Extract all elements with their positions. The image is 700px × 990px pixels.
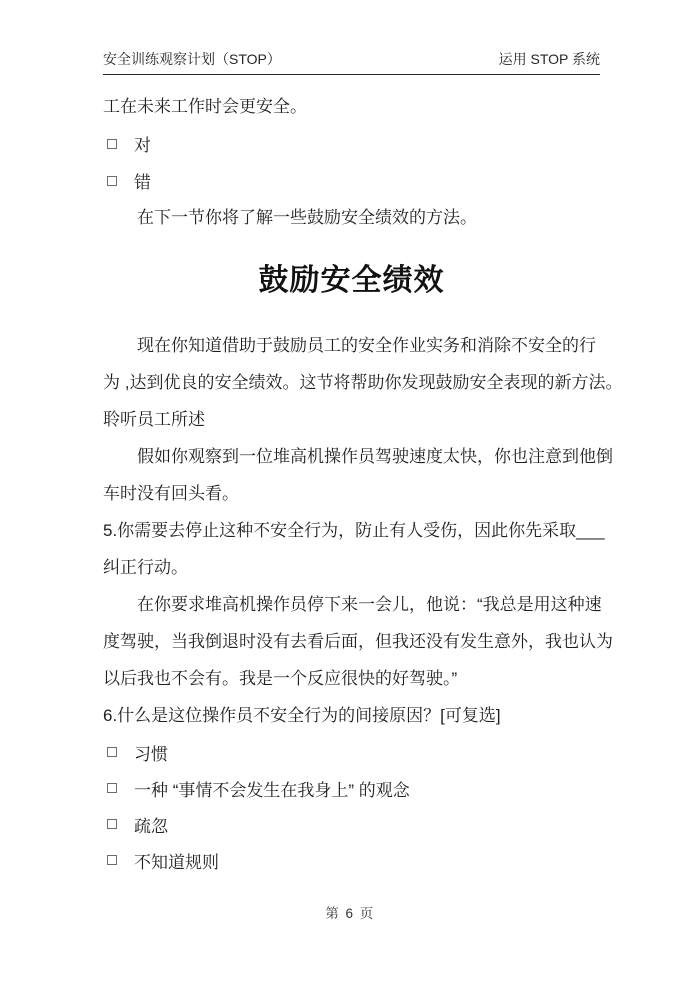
checkbox-option-false[interactable]: 错: [103, 162, 600, 199]
checkbox-icon[interactable]: [107, 139, 117, 149]
doc-line: 车时没有回头看。: [103, 475, 600, 512]
page-header: 安全训练观察计划（STOP） 运用 STOP 系统: [103, 0, 600, 75]
checkbox-icon[interactable]: [107, 855, 117, 865]
checkbox-option-true[interactable]: 对: [103, 125, 600, 162]
question-5-text: 5.你需要去停止这种不安全行为，防止有人受伤，因此你先采取___: [103, 512, 600, 549]
transition-note: 在下一节你将了解一些鼓励安全绩效的方法。: [103, 199, 600, 236]
option-label: 一种 “事情不会发生在我身上” 的观念: [134, 776, 410, 801]
option-label: 错: [134, 168, 151, 193]
doc-line: 以后我也不会有。我是一个反应很快的好驾驶。”: [103, 660, 600, 697]
header-left-title: 安全训练观察计划（STOP）: [103, 51, 281, 67]
option-label: 疏忽: [134, 812, 168, 837]
doc-line: 假如你观察到一位堆高机操作员驾驶速度太快，你也注意到他倒: [103, 438, 600, 475]
header-right-title: 运用 STOP 系统: [499, 51, 600, 67]
checkbox-option-negligence[interactable]: 疏忽: [103, 806, 600, 842]
checkbox-icon[interactable]: [107, 783, 117, 793]
continuation-text: 工在未来工作时会更安全。: [103, 88, 600, 125]
option-label: 不知道规则: [134, 848, 219, 873]
question-6-text: 6.什么是这位操作员不安全行为的间接原因？[可复选]: [103, 697, 600, 734]
doc-line: 在你要求堆高机操作员停下来一会儿，他说：“我总是用这种速: [103, 586, 600, 623]
doc-line: 现在你知道借助于鼓励员工的安全作业实务和消除不安全的行: [103, 327, 600, 364]
checkbox-icon[interactable]: [107, 747, 117, 757]
doc-line: 为 ,达到优良的安全绩效。这节将帮助你发现鼓励安全表现的新方法。: [103, 364, 600, 401]
checkbox-option-habit[interactable]: 习惯: [103, 734, 600, 770]
document-page: 安全训练观察计划（STOP） 运用 STOP 系统 工在未来工作时会更安全。 对…: [0, 0, 700, 990]
checkbox-icon[interactable]: [107, 176, 117, 186]
option-label: 对: [134, 131, 151, 156]
section-title: 鼓励安全绩效: [103, 264, 600, 298]
checkbox-option-unaware-of-rules[interactable]: 不知道规则: [103, 842, 600, 878]
page-number: 第 6 页: [0, 905, 700, 923]
doc-line: 纠正行动。: [103, 549, 600, 586]
doc-line: 聆听员工所述: [103, 401, 600, 438]
option-label: 习惯: [134, 740, 168, 765]
doc-line: 度驾驶，当我倒退时没有去看后面，但我还没有发生意外，我也认为: [103, 623, 600, 660]
checkbox-option-belief[interactable]: 一种 “事情不会发生在我身上” 的观念: [103, 770, 600, 806]
checkbox-icon[interactable]: [107, 819, 117, 829]
section-body: 现在你知道借助于鼓励员工的安全作业实务和消除不安全的行 为 ,达到优良的安全绩效…: [103, 327, 600, 734]
